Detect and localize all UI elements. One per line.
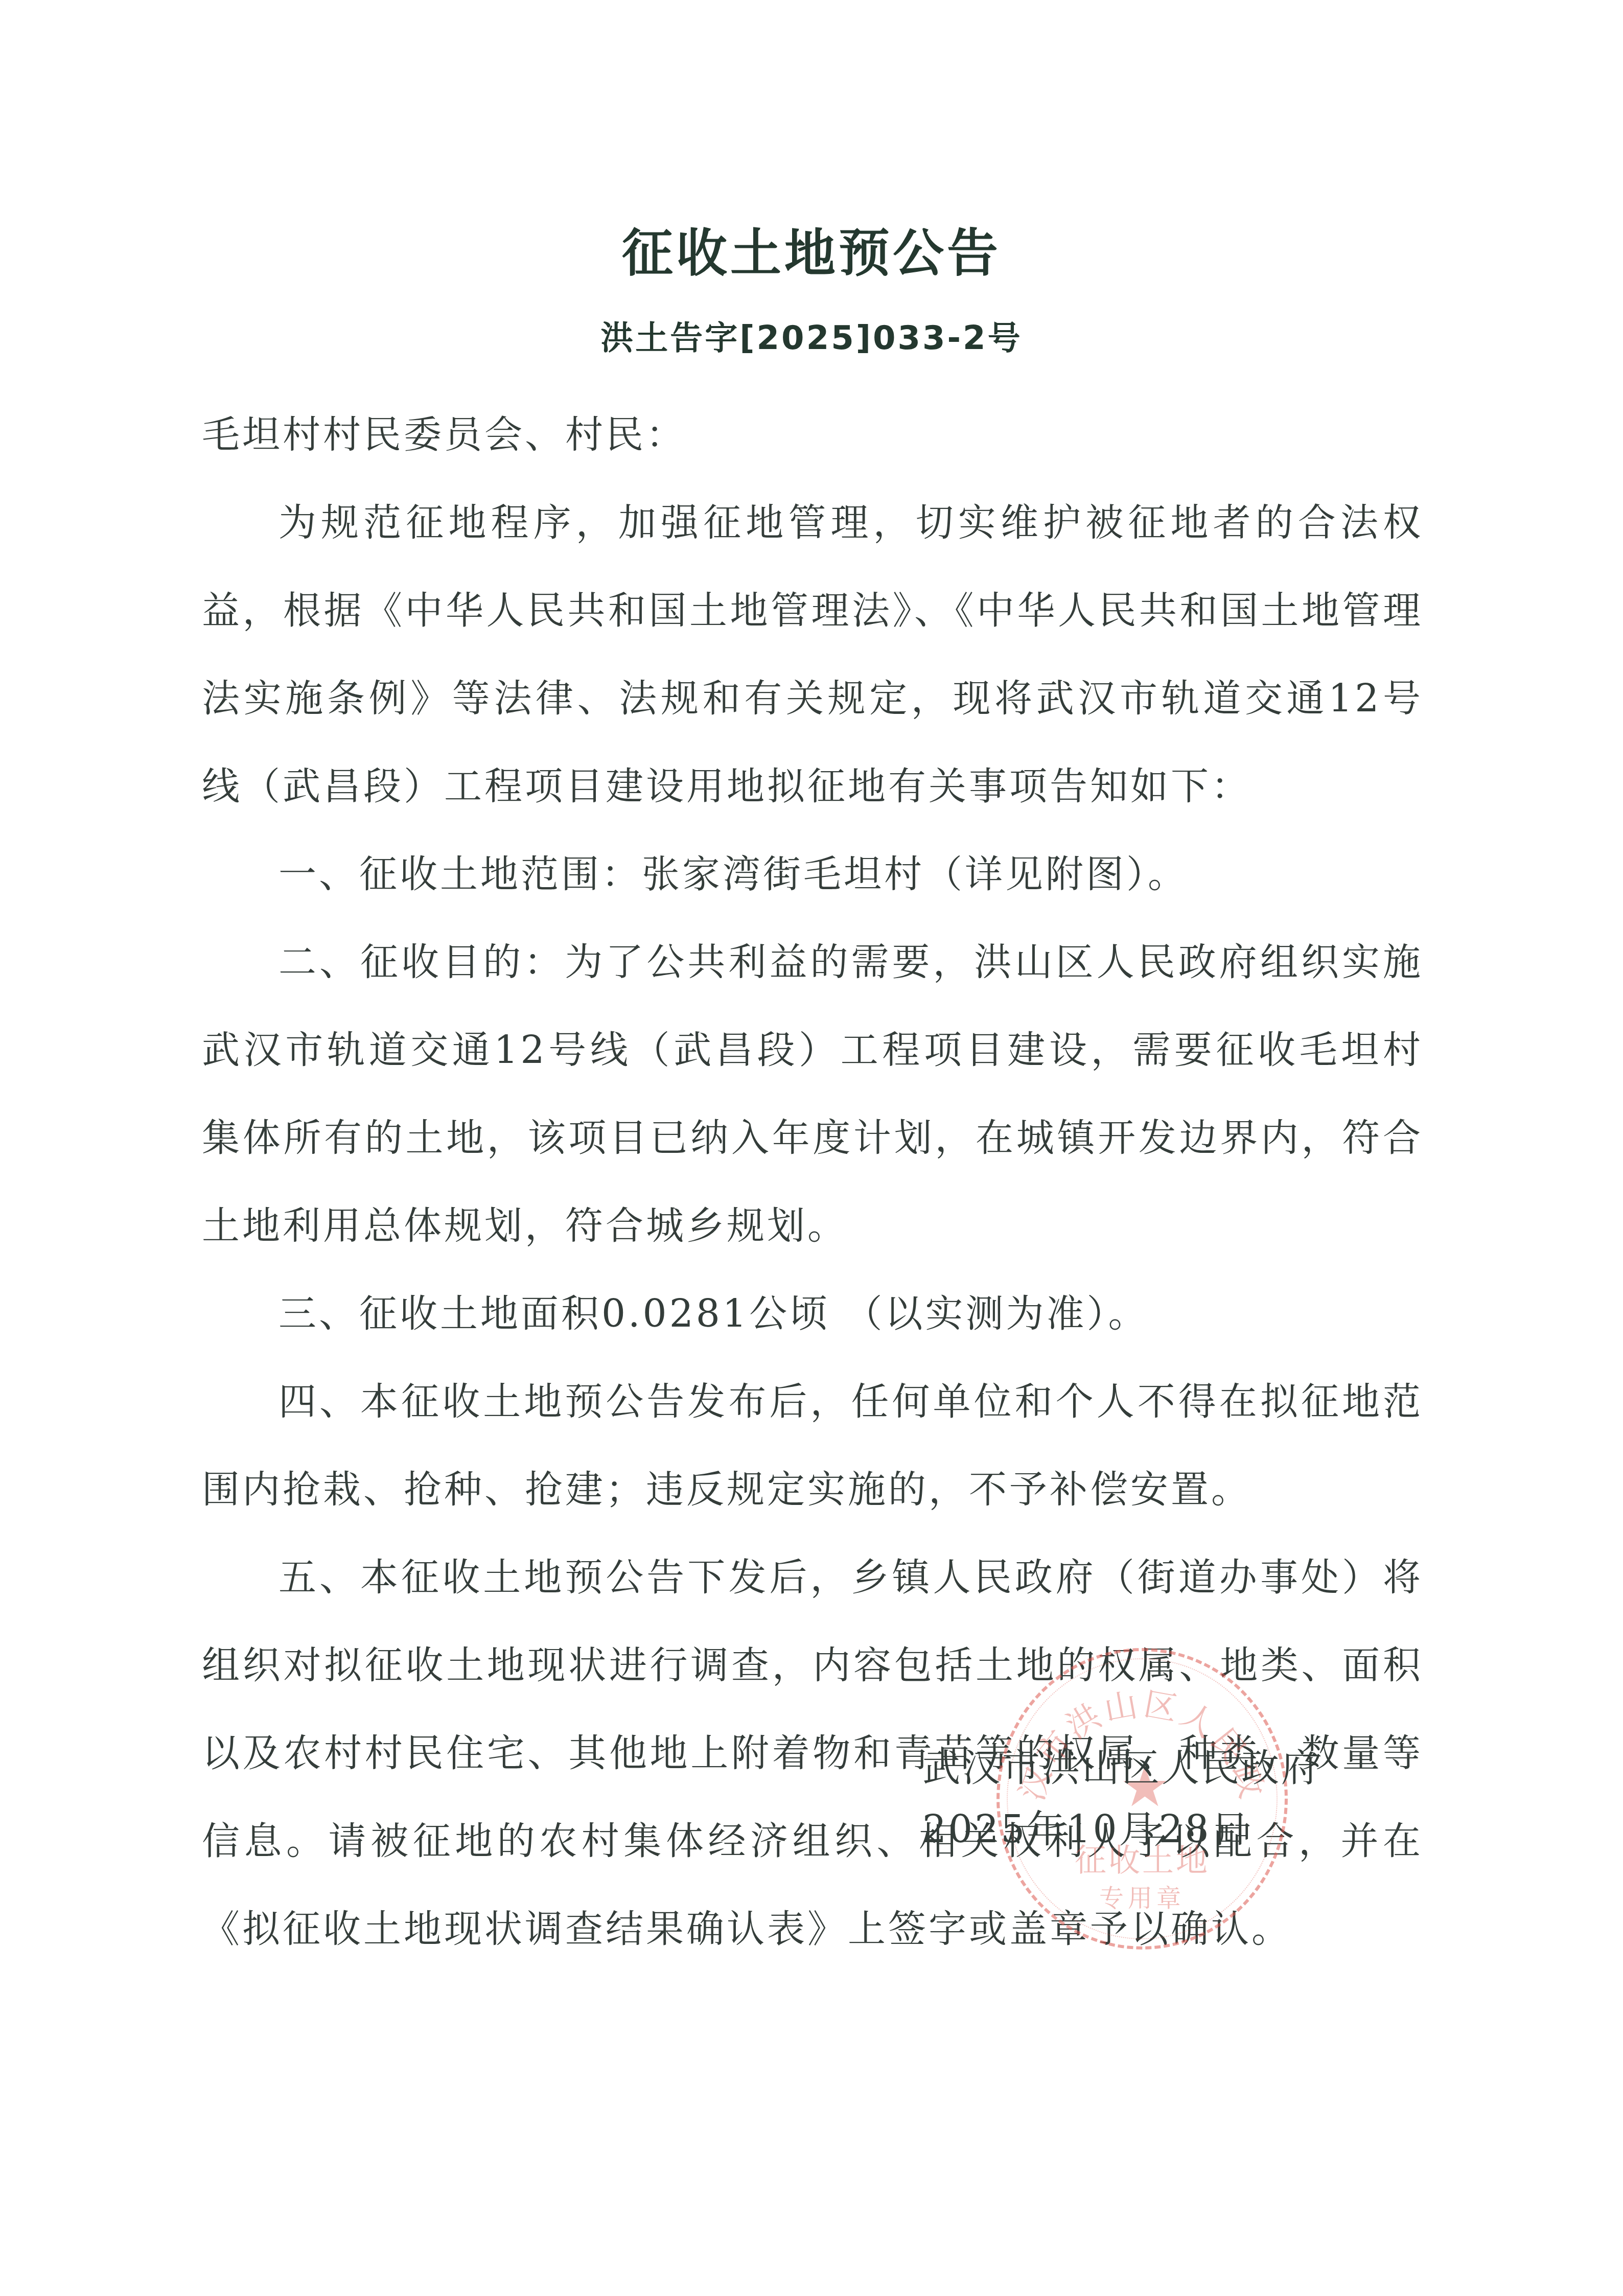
signature-block: 武汉市洪山区人民政府 2025年10月28日 <box>922 1737 1321 1860</box>
item-purpose: 二、征收目的：为了公共利益的需要，洪山区人民政府组织实施武汉市轨道交通12号线（… <box>202 918 1423 1270</box>
page-title: 征收土地预公告 <box>0 212 1623 286</box>
item-land-scope: 一、征收土地范围：张家湾街毛坦村（详见附图）。 <box>202 830 1423 918</box>
document-number: 洪土告字[2025]033-2号 <box>0 312 1623 359</box>
item-prohibition: 四、本征收土地预公告发布后，任何单位和个人不得在拟征地范围内抢栽、抢种、抢建；违… <box>202 1358 1423 1534</box>
intro-paragraph: 为规范征地程序，加强征地管理，切实维护被征地者的合法权益，根据《中华人民共和国土… <box>202 479 1423 830</box>
issuer-name: 武汉市洪山区人民政府 <box>922 1737 1321 1799</box>
seal-bottom-text: 专用章 <box>1000 1878 1285 1914</box>
salutation: 毛坦村村民委员会、村民： <box>202 391 1423 479</box>
item-area: 三、征收土地面积0.0281公顷 （以实测为准）。 <box>202 1270 1423 1358</box>
issue-date: 2025年10月28日 <box>922 1799 1321 1860</box>
